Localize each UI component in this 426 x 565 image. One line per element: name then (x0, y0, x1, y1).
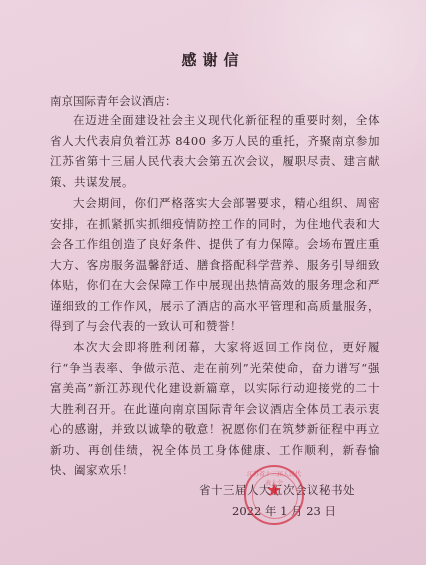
star-icon: ★ (246, 482, 302, 500)
letter-salutation: 南京国际青年会议酒店： (50, 93, 177, 109)
letter-paragraph-2: 大会期间，你们严格落实大会部署要求，精心组织、周密安排，在抓紧抓实抓细疫情防控工… (50, 193, 380, 337)
letter-title: 感谢信 (0, 49, 426, 70)
letter-paragraph-1: 在迈进全面建设社会主义现代化新征程的重要时刻，全体省人大代表肩负着江苏 8400… (50, 110, 380, 192)
official-seal: 江苏省十三届人民代表大会 ★ (244, 465, 304, 525)
letter-paragraph-3: 本次大会即将胜利闭幕，大家将返回工作岗位，更好履行“争当表率、争做示范、走在前列… (50, 337, 380, 481)
